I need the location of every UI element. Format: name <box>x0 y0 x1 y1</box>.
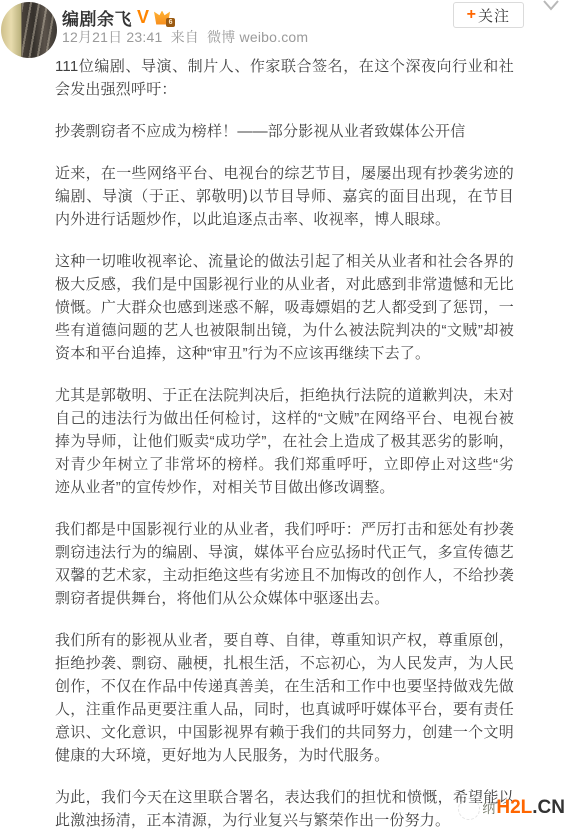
post-paragraph: 抄袭剽窃者不应成为榜样！——部分影视从业者致媒体公开信 <box>55 120 514 143</box>
vip-level-badge: 6 <box>166 18 175 27</box>
timestamp: 12月21日 23:41 <box>62 29 162 45</box>
plus-icon: + <box>467 6 476 24</box>
post-paragraph: 尤其是郭敬明、于正在法院判决后，拒绝执行法院的道歉判决，未对自己的违法行为做出任… <box>55 384 514 499</box>
post-paragraph: 近来，在一些网络平台、电视台的综艺节目，屡屡出现有抄袭劣迹的编剧、导演（于正、郭… <box>55 162 514 231</box>
watermark-logo-icon <box>458 798 480 820</box>
weibo-post: 编剧余飞 V 6 12月21日 23:41 来自 微博 weibo.com + … <box>0 0 566 829</box>
post-paragraph: 111位编剧、导演、制片人、作家联合签名，在这个深夜向行业和社会发出强烈呼吁： <box>55 55 514 101</box>
user-avatar[interactable] <box>1 2 57 58</box>
follow-button[interactable]: + 关注 <box>453 2 524 28</box>
post-paragraph: 这种一切唯收视率论、流量论的做法引起了相关从业者和社会各界的极大反感，我们是中国… <box>55 250 514 365</box>
watermark-brand: H2L <box>496 798 532 817</box>
vip-crown-icon: 6 <box>154 10 173 26</box>
post-meta: 12月21日 23:41 来自 微博 weibo.com <box>62 27 308 47</box>
post-paragraph: 为此，我们今天在这里联合署名，表达我们的担忧和愤慨，希望能以此激浊扬清，正本清源… <box>55 786 514 829</box>
watermark-prefix: 纳 <box>482 802 495 815</box>
post-paragraph: 我们所有的影视从业者，要自尊、自律，尊重知识产权，尊重原创，拒绝抄袭、剽窃、融梗… <box>55 629 514 767</box>
source-link[interactable]: 微博 weibo.com <box>207 29 308 45</box>
post-body: 111位编剧、导演、制片人、作家联合签名，在这个深夜向行业和社会发出强烈呼吁： … <box>0 48 566 829</box>
follow-button-label: 关注 <box>478 5 510 26</box>
post-paragraph: 我们都是中国影视行业的从业者，我们呼吁：严厉打击和惩处有抄袭剽窃违法行为的编剧、… <box>55 518 514 610</box>
post-header: 编剧余飞 V 6 12月21日 23:41 来自 微博 weibo.com + … <box>0 0 566 48</box>
site-watermark: 纳 H2L .CN <box>458 798 565 820</box>
chevron-down-icon[interactable] <box>541 0 561 13</box>
source-prefix: 来自 <box>171 29 199 45</box>
watermark-suffix: .CN <box>532 798 565 817</box>
verified-v-icon: V <box>137 8 149 26</box>
